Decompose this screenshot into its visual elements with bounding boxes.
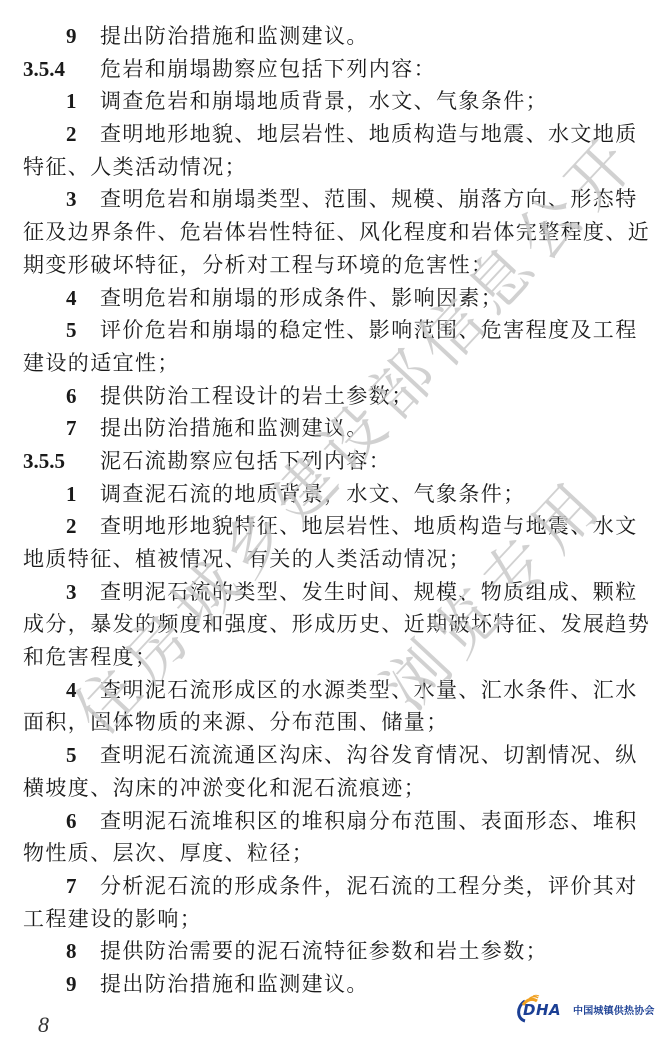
item-text: 调查泥石流的地质背景，水文、气象条件； xyxy=(100,482,526,506)
item-text: 提出防治措施和监测建议。 xyxy=(100,972,369,996)
list-item: 5查明泥石流流通区沟床、沟谷发育情况、切割情况、纵 xyxy=(23,739,635,772)
continuation-line: 成分，暴发的频度和强度、形成历史、近期破坏特征、发展趋势 xyxy=(23,608,635,641)
list-item: 7提出防治措施和监测建议。 xyxy=(23,412,635,445)
association-logo: DHA 中国城镇供热协会 xyxy=(513,992,655,1022)
item-number: 2 xyxy=(66,118,100,151)
item-number: 1 xyxy=(66,478,100,511)
item-text: 地质特征、植被情况、有关的人类活动情况； xyxy=(23,547,471,571)
item-text: 调查危岩和崩塌地质背景，水文、气象条件； xyxy=(100,89,548,113)
list-item: 3查明危岩和崩塌类型、范围、规模、崩落方向、形态特 xyxy=(23,183,635,216)
continuation-line: 建设的适宜性； xyxy=(23,347,635,380)
list-item: 5评价危岩和崩塌的稳定性、影响范围、危害程度及工程 xyxy=(23,314,635,347)
item-number: 4 xyxy=(66,674,100,707)
item-number: 3 xyxy=(66,576,100,609)
continuation-line: 物性质、层次、厚度、粒径； xyxy=(23,837,635,870)
list-item: 7分析泥石流的形成条件，泥石流的工程分类，评价其对 xyxy=(23,870,635,903)
item-number: 9 xyxy=(66,20,100,53)
item-text: 提出防治措施和监测建议。 xyxy=(100,416,369,440)
continuation-line: 和危害程度； xyxy=(23,641,635,674)
item-number: 9 xyxy=(66,968,100,1001)
item-number: 3 xyxy=(66,183,100,216)
item-text: 提供防治工程设计的岩土参数； xyxy=(100,384,414,408)
list-item: 6提供防治工程设计的岩土参数； xyxy=(23,380,635,413)
item-text: 建设的适宜性； xyxy=(23,351,180,375)
item-number: 5 xyxy=(66,314,100,347)
document-page: 9提出防治措施和监测建议。 3.5.4危岩和崩塌勘察应包括下列内容： 1调查危岩… xyxy=(0,0,657,1037)
list-item: 4查明危岩和崩塌的形成条件、影响因素； xyxy=(23,282,635,315)
continuation-line: 期变形破坏特征，分析对工程与环境的危害性； xyxy=(23,249,635,282)
continuation-line: 工程建设的影响； xyxy=(23,903,635,936)
list-item: 3查明泥石流的类型、发生时间、规模、物质组成、颗粒 xyxy=(23,576,635,609)
logo-mark: DHA xyxy=(513,993,585,1021)
section-number: 3.5.4 xyxy=(23,53,100,86)
continuation-line: 地质特征、植被情况、有关的人类活动情况； xyxy=(23,543,635,576)
item-number: 5 xyxy=(66,739,100,772)
item-text: 评价危岩和崩塌的稳定性、影响范围、危害程度及工程 xyxy=(100,318,638,342)
page-number: 8 xyxy=(38,1012,49,1037)
item-text: 特征、人类活动情况； xyxy=(23,155,247,179)
item-text: 查明泥石流形成区的水源类型、水量、汇水条件、汇水 xyxy=(100,678,638,702)
item-text: 征及边界条件、危岩体岩性特征、风化程度和岩体完整程度、近 xyxy=(23,220,650,244)
item-text: 提供防治需要的泥石流特征参数和岩土参数； xyxy=(100,939,548,963)
item-number: 8 xyxy=(66,935,100,968)
item-text: 提出防治措施和监测建议。 xyxy=(100,24,369,48)
item-text: 面积，固体物质的来源、分布范围、储量； xyxy=(23,710,449,734)
document-body: 9提出防治措施和监测建议。 3.5.4危岩和崩塌勘察应包括下列内容： 1调查危岩… xyxy=(23,20,635,1001)
list-item: 6查明泥石流堆积区的堆积扇分布范围、表面形态、堆积 xyxy=(23,805,635,838)
logo-name: 中国城镇供热协会 xyxy=(573,1002,655,1017)
section-text: 危岩和崩塌勘察应包括下列内容： xyxy=(100,57,436,81)
item-text: 查明泥石流流通区沟床、沟谷发育情况、切割情况、纵 xyxy=(100,743,638,767)
item-number: 6 xyxy=(66,380,100,413)
item-text: 查明地形地貌、地层岩性、地质构造与地震、水文地质 xyxy=(100,122,638,146)
item-number: 6 xyxy=(66,805,100,838)
item-number: 4 xyxy=(66,282,100,315)
item-number: 7 xyxy=(66,412,100,445)
continuation-line: 面积，固体物质的来源、分布范围、储量； xyxy=(23,706,635,739)
item-text: 查明危岩和崩塌的形成条件、影响因素； xyxy=(100,286,503,310)
section-text: 泥石流勘察应包括下列内容： xyxy=(100,449,391,473)
item-text: 查明危岩和崩塌类型、范围、规模、崩落方向、形态特 xyxy=(100,187,638,211)
list-item: 1调查危岩和崩塌地质背景，水文、气象条件； xyxy=(23,85,635,118)
list-item: 2查明地形地貌、地层岩性、地质构造与地震、水文地质 xyxy=(23,118,635,151)
item-text: 成分，暴发的频度和强度、形成历史、近期破坏特征、发展趋势 xyxy=(23,612,650,636)
list-item: 9提出防治措施和监测建议。 xyxy=(23,20,635,53)
item-text: 查明泥石流的类型、发生时间、规模、物质组成、颗粒 xyxy=(100,580,638,604)
item-text: 和危害程度； xyxy=(23,645,157,669)
list-item: 1调查泥石流的地质背景，水文、气象条件； xyxy=(23,478,635,511)
continuation-line: 特征、人类活动情况； xyxy=(23,151,635,184)
item-text: 期变形破坏特征，分析对工程与环境的危害性； xyxy=(23,253,493,277)
item-text: 查明泥石流堆积区的堆积扇分布范围、表面形态、堆积 xyxy=(100,809,638,833)
item-text: 分析泥石流的形成条件，泥石流的工程分类，评价其对 xyxy=(100,874,638,898)
item-number: 7 xyxy=(66,870,100,903)
item-text: 工程建设的影响； xyxy=(23,907,202,931)
section-heading: 3.5.5泥石流勘察应包括下列内容： xyxy=(23,445,635,478)
item-text: 物性质、层次、厚度、粒径； xyxy=(23,841,314,865)
item-text: 查明地形地貌特征、地层岩性、地质构造与地震、水文 xyxy=(100,514,638,538)
item-number: 1 xyxy=(66,85,100,118)
list-item: 8提供防治需要的泥石流特征参数和岩土参数； xyxy=(23,935,635,968)
list-item: 2查明地形地貌特征、地层岩性、地质构造与地震、水文 xyxy=(23,510,635,543)
item-number: 2 xyxy=(66,510,100,543)
section-number: 3.5.5 xyxy=(23,445,100,478)
list-item: 4查明泥石流形成区的水源类型、水量、汇水条件、汇水 xyxy=(23,674,635,707)
continuation-line: 横坡度、沟床的冲淤变化和泥石流痕迹； xyxy=(23,772,635,805)
item-text: 横坡度、沟床的冲淤变化和泥石流痕迹； xyxy=(23,776,426,800)
section-heading: 3.5.4危岩和崩塌勘察应包括下列内容： xyxy=(23,53,635,86)
continuation-line: 征及边界条件、危岩体岩性特征、风化程度和岩体完整程度、近 xyxy=(23,216,635,249)
logo-letters: DHA xyxy=(523,1001,561,1019)
